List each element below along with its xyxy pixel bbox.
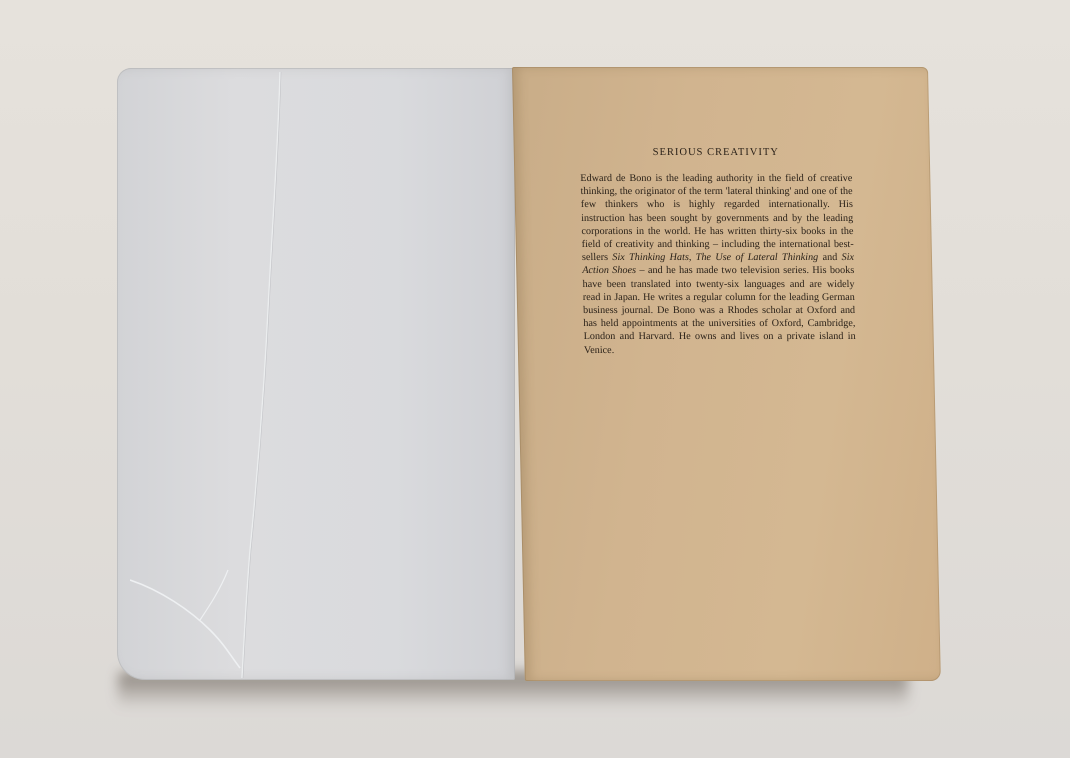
book-title-use-of-lateral-thinking: The Use of Lateral Thinking: [696, 252, 819, 263]
paper-crease-corner: [130, 560, 270, 670]
book-title-six-thinking-hats: Six Thinking Hats: [612, 252, 689, 263]
bio-text-2: – and he has made two television series.…: [582, 265, 855, 355]
bio-text-1: Edward de Bono is the leading authority …: [580, 173, 854, 263]
bio-separator: and: [818, 252, 842, 263]
page-title: SERIOUS CREATIVITY: [580, 147, 852, 158]
right-page: SERIOUS CREATIVITY Edward de Bono is the…: [512, 67, 941, 681]
open-book: SERIOUS CREATIVITY Edward de Bono is the…: [0, 0, 1070, 758]
page-content: SERIOUS CREATIVITY Edward de Bono is the…: [580, 147, 856, 357]
author-bio: Edward de Bono is the leading authority …: [580, 172, 856, 357]
